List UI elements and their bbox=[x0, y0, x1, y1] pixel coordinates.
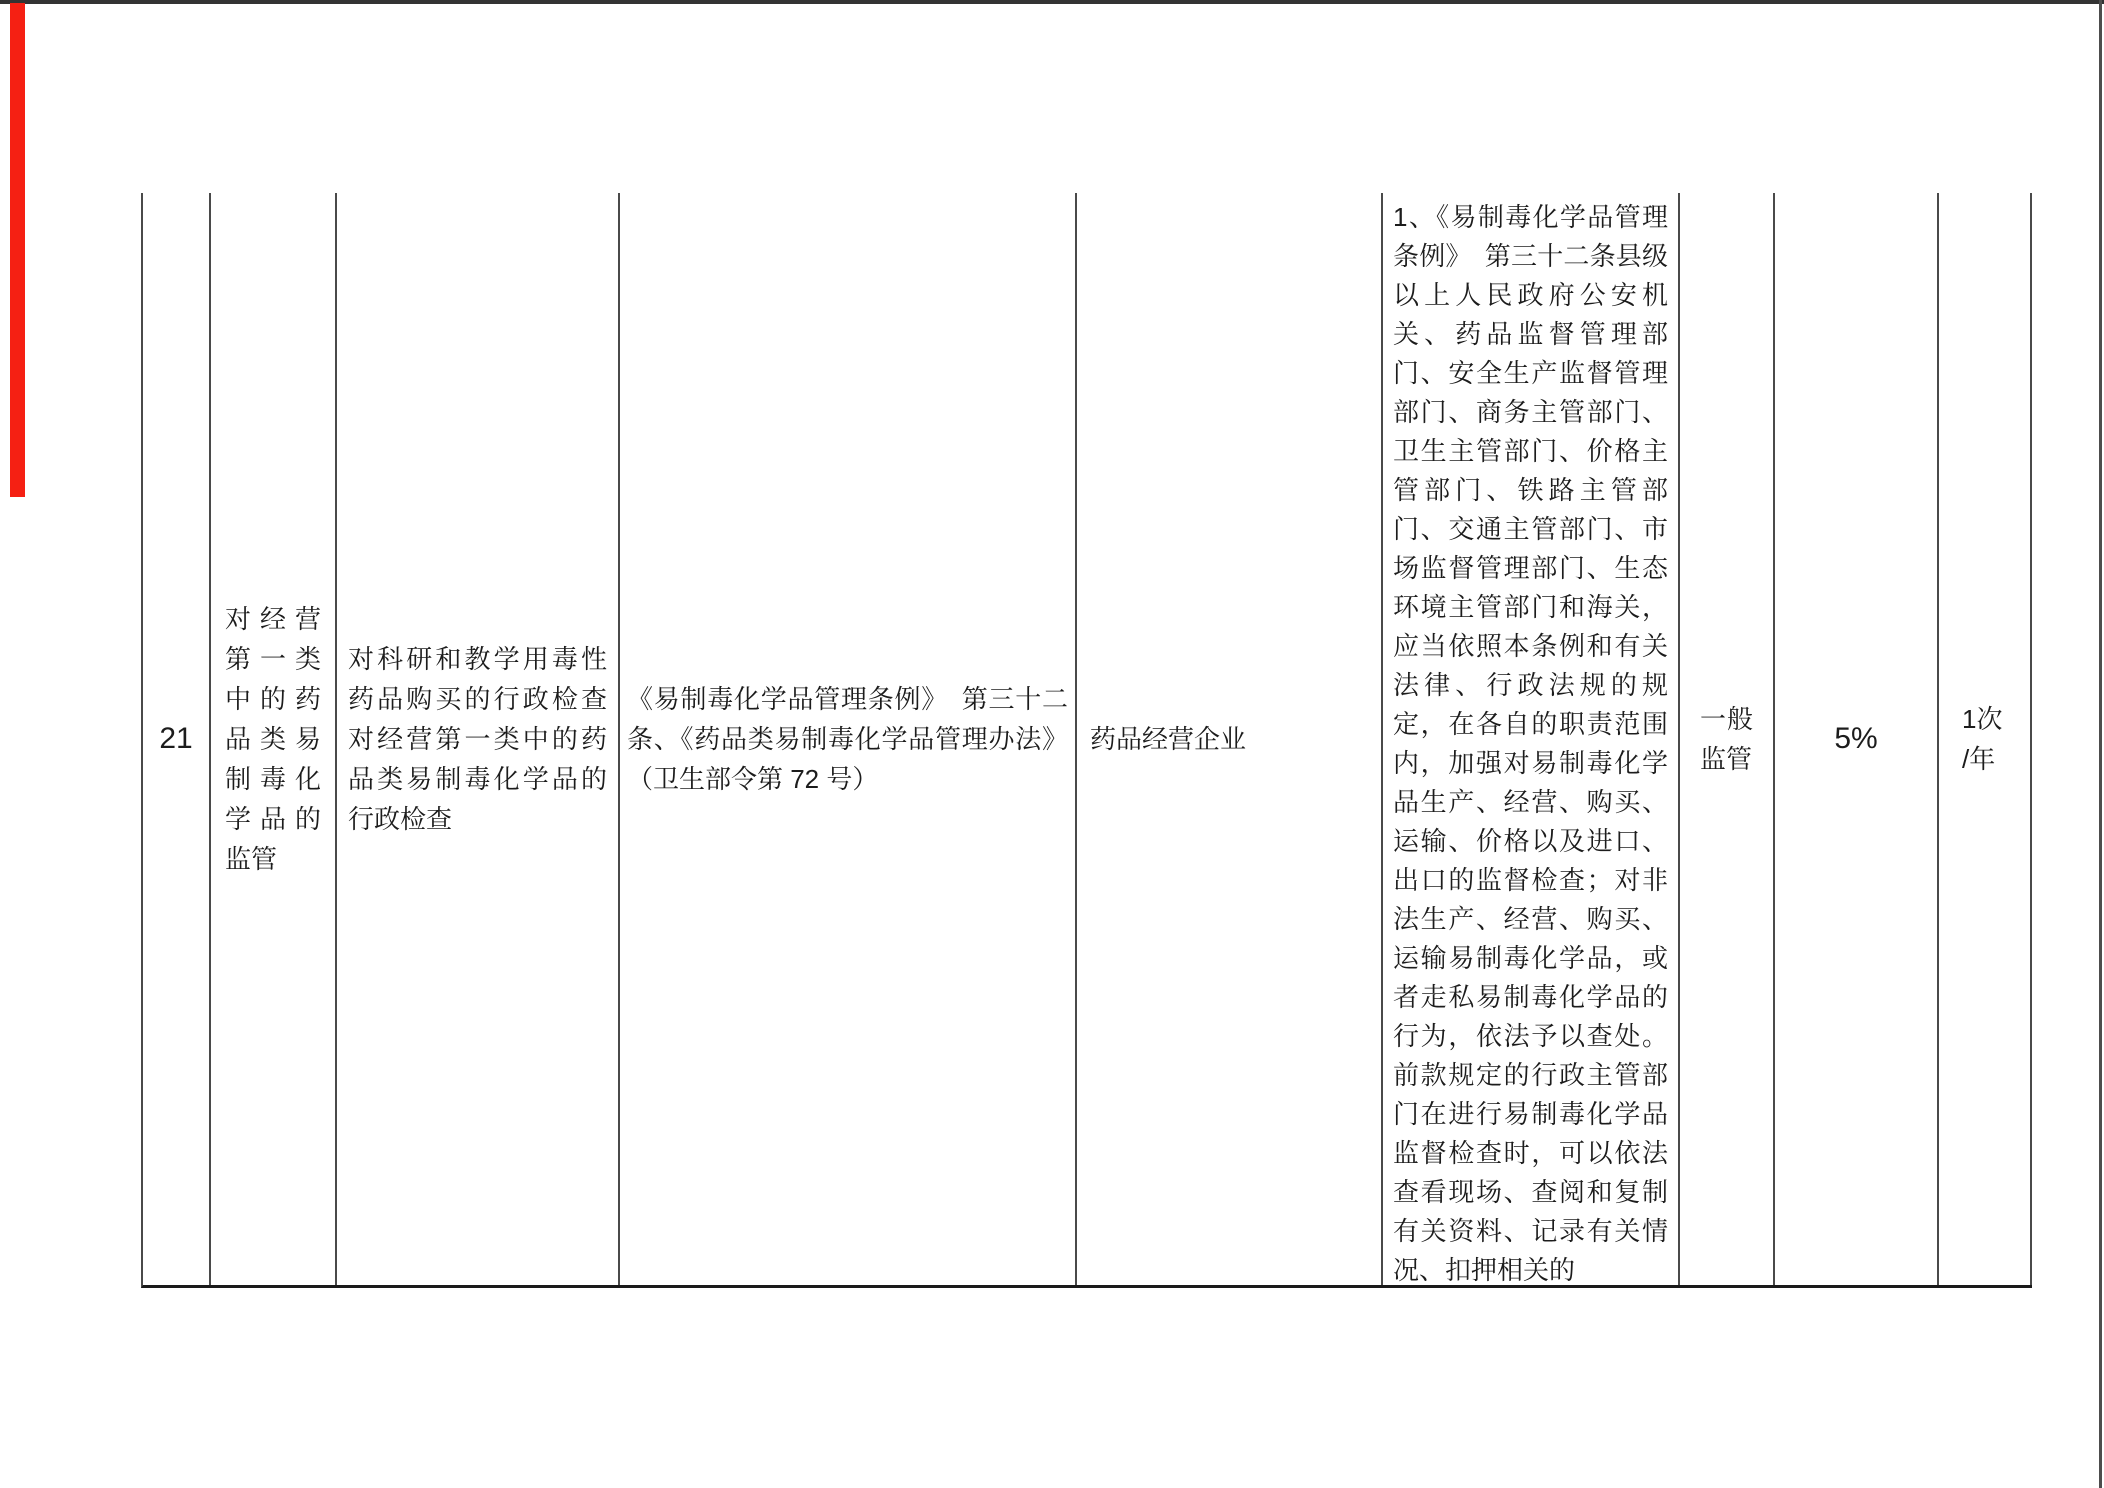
cell-legal-basis: 《易制毒化学品管理条例》 第三十二条、《药品类易制毒化学品管理办法》（卫生部令第… bbox=[620, 193, 1077, 1285]
supervision-type-text: 一般监管 bbox=[1700, 699, 1753, 779]
cell-serial-number: 21 bbox=[143, 193, 211, 1285]
cell-inspection-content: 对科研和教学用毒性药品购买的行政检查对经营第一类中的药品类易制毒化学品的行政检查 bbox=[337, 193, 620, 1285]
cell-supervision-type: 一般监管 bbox=[1680, 193, 1775, 1285]
window-top-edge bbox=[0, 0, 2104, 4]
regulation-table-row-21: 21 对经营第一类中的药品类易制毒化学品的监管 对科研和教学用毒性药品购买的行政… bbox=[141, 193, 2032, 1288]
cell-frequency: 1次 /年 bbox=[1939, 193, 2032, 1285]
serial-number: 21 bbox=[159, 719, 192, 759]
document-page: 21 对经营第一类中的药品类易制毒化学品的监管 对科研和教学用毒性药品购买的行政… bbox=[0, 0, 2104, 1488]
cell-item-name: 对经营第一类中的药品类易制毒化学品的监管 bbox=[211, 193, 337, 1285]
scroll-position-marker bbox=[10, 3, 25, 497]
window-right-edge bbox=[2099, 0, 2102, 1488]
frequency-line1: 1次 bbox=[1962, 699, 2030, 739]
basis-detail-text: 1、《易制毒化学品管理条例》 第三十二条县级以上人民政府公安机关、药品监督管理部… bbox=[1393, 198, 1668, 1285]
cell-sampling-ratio: 5% bbox=[1775, 193, 1939, 1285]
legal-basis-text: 《易制毒化学品管理条例》 第三十二条、《药品类易制毒化学品管理办法》（卫生部令第… bbox=[627, 679, 1068, 799]
item-name-text: 对经营第一类中的药品类易制毒化学品的监管 bbox=[225, 599, 321, 879]
cell-basis-detail: 1、《易制毒化学品管理条例》 第三十二条县级以上人民政府公安机关、药品监督管理部… bbox=[1383, 193, 1680, 1285]
frequency-line2: /年 bbox=[1962, 739, 2030, 779]
cell-inspection-target: 药品经营企业 bbox=[1077, 193, 1383, 1285]
inspection-target-text: 药品经营企业 bbox=[1090, 719, 1368, 759]
sampling-ratio-value: 5% bbox=[1834, 719, 1877, 759]
inspection-content-text: 对科研和教学用毒性药品购买的行政检查对经营第一类中的药品类易制毒化学品的行政检查 bbox=[348, 639, 607, 839]
